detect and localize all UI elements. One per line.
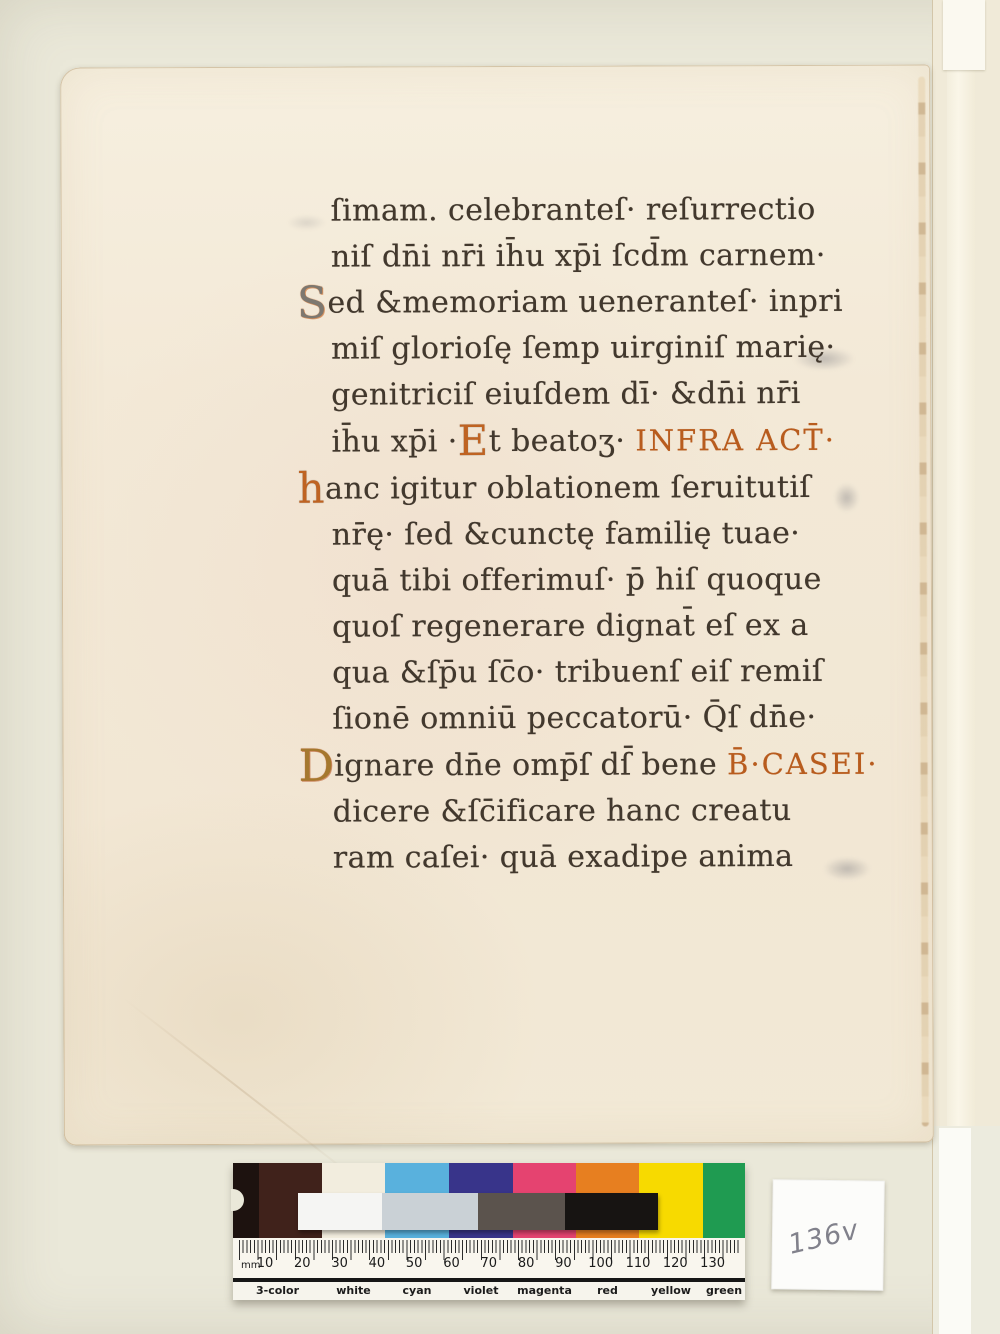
patch-label-green: green xyxy=(706,1284,742,1297)
manuscript-line: miſ glorioſę ſemp uirginiſ marię· xyxy=(297,325,897,373)
text-segment: quoſ regenerare dignat̄ eſ ex a xyxy=(332,608,809,645)
manuscript-line: Sed &memoriam ueneranteſ· inpri xyxy=(297,279,897,327)
manuscript-line: ſionē omniū peccatorū· Q̄ſ dn̄e· xyxy=(298,695,898,743)
text-segment: anc igitur oblationem ſeruitutiſ xyxy=(325,470,811,507)
decorated-initial: h xyxy=(298,464,326,513)
text-block: ſimam. celebranteſ· reſurrectioniſ dn̄i … xyxy=(297,187,899,882)
color-patch-green xyxy=(703,1163,745,1238)
manuscript-line: dicere &ſc̄ificare hanc creatu xyxy=(299,788,899,836)
text-segment: ignare dn̄e omp̄ſ dſ̄ bene xyxy=(334,747,717,783)
manuscript-line: ram caſei· quā exadipe anima xyxy=(299,834,899,882)
ruler-number: 130 xyxy=(700,1256,725,1271)
ruler-number: 110 xyxy=(626,1256,651,1271)
color-calibration-bar: mm 102030405060708090100110120130 3-colo… xyxy=(233,1163,745,1300)
patch-label-violet: violet xyxy=(464,1284,499,1297)
ruler-number: 10 xyxy=(257,1256,274,1271)
rubric-text: B̄·CASEI· xyxy=(727,747,878,782)
text-segment: dicere &ſc̄ificare hanc creatu xyxy=(333,793,792,830)
light-gray-step xyxy=(382,1193,478,1230)
text-segment: niſ dn̄i nr̄i ih̄u xp̄i ſcd̄m carnem· xyxy=(331,238,826,275)
folio-number-label: 136v xyxy=(771,1179,885,1291)
text-segment: quā tibi offerimuſ· p̄ hiſ quoque xyxy=(332,562,822,599)
text-segment: ſionē omniū peccatorū· Q̄ſ dn̄e· xyxy=(332,700,816,737)
patch-label-magenta: magenta xyxy=(517,1284,572,1297)
decorated-initial: E xyxy=(458,416,489,465)
rubric-text: INFRA ACT̄· xyxy=(635,423,836,458)
dark-gray-step xyxy=(478,1193,565,1230)
text-segment: ed &memoriam ueneranteſ· inpri xyxy=(327,284,843,321)
ruler-number: 50 xyxy=(406,1256,423,1271)
decorated-initial: S xyxy=(297,278,328,329)
manuscript-line: Dignare dn̄e omp̄ſ dſ̄ beneB̄·CASEI· xyxy=(298,741,898,790)
gutter-stitching xyxy=(918,77,929,1127)
manuscript-line: hanc igitur oblationem ſeruitutiſ xyxy=(298,464,898,513)
grayscale-overlay xyxy=(298,1193,658,1230)
patch-label-white: white xyxy=(336,1284,370,1297)
manuscript-line: quoſ regenerare dignat̄ eſ ex a xyxy=(298,603,898,651)
patch-label-3-color: 3-color xyxy=(256,1284,299,1297)
white-step xyxy=(298,1193,382,1230)
ruler-number: 100 xyxy=(588,1256,613,1271)
patch-label-cyan: cyan xyxy=(403,1284,432,1297)
ruler-fine-ticks xyxy=(239,1240,739,1253)
ruler: mm 102030405060708090100110120130 xyxy=(233,1238,745,1278)
ruler-number: 80 xyxy=(518,1256,535,1271)
parchment-crease xyxy=(123,998,361,1183)
patch-label-yellow: yellow xyxy=(651,1284,691,1297)
manuscript-line: nr̄ę· ſed &cunctę familię tuae· xyxy=(298,511,898,559)
text-segment: miſ glorioſę ſemp uirginiſ marię· xyxy=(331,330,835,367)
binding-guard-strip xyxy=(943,0,985,70)
manuscript-line: quā tibi offerimuſ· p̄ hiſ quoque xyxy=(298,557,898,605)
manuscript-line: genitriciſ eiuſdem dī· &dn̄i nr̄i xyxy=(297,371,897,419)
folio-number: 136v xyxy=(785,1214,862,1261)
text-segment: genitriciſ eiuſdem dī· &dn̄i nr̄i xyxy=(331,376,801,413)
facing-page-lower-strip xyxy=(939,1128,971,1334)
manuscript-page: ſimam. celebranteſ· reſurrectioniſ dn̄i … xyxy=(60,64,934,1145)
manuscript-line: ih̄u xp̄i ·Et beatoʒ·INFRA ACT̄· xyxy=(297,417,897,466)
patch-label-red: red xyxy=(597,1284,618,1297)
manuscript-line: qua &ſp̄u ſc̄o· tribuenſ eiſ remiſ xyxy=(298,649,898,697)
ruler-number: 40 xyxy=(369,1256,386,1271)
photo-root: ſimam. celebranteſ· reſurrectioniſ dn̄i … xyxy=(0,0,1000,1334)
facing-page-highlight xyxy=(947,0,975,1128)
text-segment: qua &ſp̄u ſc̄o· tribuenſ eiſ remiſ xyxy=(332,654,823,691)
ruler-number: 60 xyxy=(443,1256,460,1271)
manuscript-line: ſimam. celebranteſ· reſurrectio xyxy=(297,187,897,235)
text-segment: ih̄u xp̄i · xyxy=(331,424,457,459)
text-segment: nr̄ę· ſed &cunctę familię tuae· xyxy=(332,516,801,553)
ruler-number: 90 xyxy=(555,1256,572,1271)
facing-page-edge xyxy=(932,0,1000,1334)
ruler-number: 20 xyxy=(294,1256,311,1271)
decorated-initial: D xyxy=(298,741,334,792)
label-strip: 3-colorwhitecyanvioletmagentaredyellowgr… xyxy=(233,1282,745,1300)
text-segment: ram caſei· quā exadipe anima xyxy=(333,839,794,876)
ruler-number: 30 xyxy=(331,1256,348,1271)
manuscript-line: niſ dn̄i nr̄i ih̄u xp̄i ſcd̄m carnem· xyxy=(297,233,897,281)
ruler-number: 120 xyxy=(663,1256,688,1271)
black-step xyxy=(565,1193,658,1230)
text-segment: t beatoʒ· xyxy=(489,424,626,459)
text-segment: ſimam. celebranteſ· reſurrectio xyxy=(331,192,816,229)
ruler-number: 70 xyxy=(481,1256,498,1271)
